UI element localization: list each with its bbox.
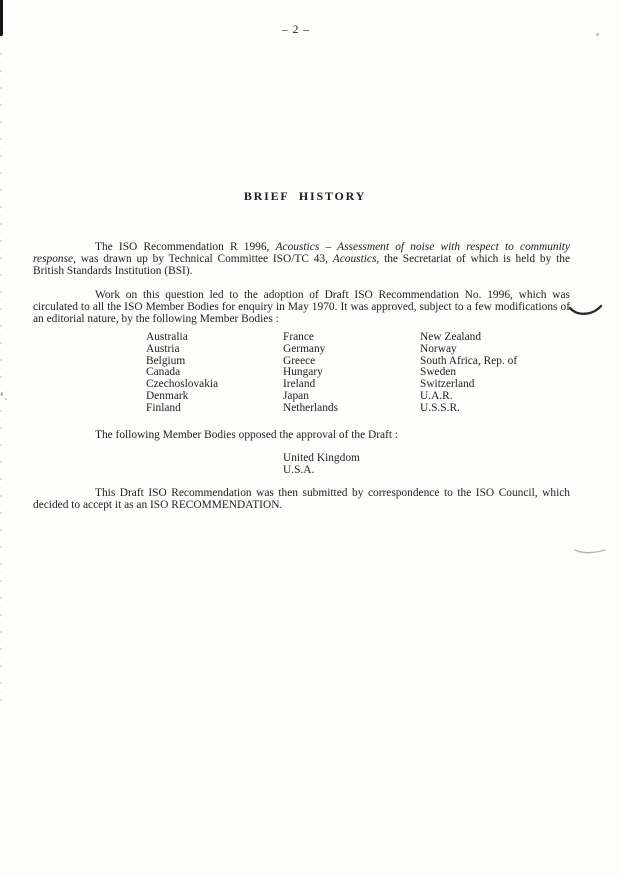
member-bodies-list: Australia Austria Belgium Canada Czechos… bbox=[0, 332, 620, 424]
member-body: Japan bbox=[283, 391, 338, 403]
member-bodies-column-3: New Zealand Norway South Africa, Rep. of… bbox=[420, 332, 517, 414]
text-run: was drawn up by Technical Committee ISO/… bbox=[76, 253, 333, 265]
member-body: Germany bbox=[283, 344, 338, 356]
scan-artifact-speck bbox=[596, 33, 599, 36]
member-body: Netherlands bbox=[283, 403, 338, 415]
member-body: Norway bbox=[420, 344, 517, 356]
paragraph-council-decision: This Draft ISO Recommendation was then s… bbox=[33, 487, 570, 511]
text-run-italic-committee: Acoustics, bbox=[333, 253, 380, 265]
member-body: France bbox=[283, 332, 338, 344]
member-body: New Zealand bbox=[420, 332, 517, 344]
paragraph-draft-adoption: Work on this question led to the adoptio… bbox=[33, 289, 570, 325]
member-bodies-column-1: Australia Austria Belgium Canada Czechos… bbox=[146, 332, 218, 414]
section-heading: BRIEF HISTORY bbox=[0, 189, 610, 204]
member-body: Australia bbox=[146, 332, 218, 344]
member-body: Ireland bbox=[283, 379, 338, 391]
opposed-body: United Kingdom bbox=[283, 453, 360, 465]
opposed-bodies-list: United Kingdom U.S.A. bbox=[283, 453, 360, 477]
member-body: U.S.S.R. bbox=[420, 403, 517, 415]
pen-mark-icon bbox=[568, 303, 604, 319]
member-body: Switzerland bbox=[420, 379, 517, 391]
paragraph-intro: The ISO Recommendation R 1996, Acoustics… bbox=[33, 241, 570, 277]
member-body: Finland bbox=[146, 403, 218, 415]
opposed-intro: The following Member Bodies opposed the … bbox=[95, 429, 398, 441]
member-body: Czechoslovakia bbox=[146, 379, 218, 391]
member-body: Denmark bbox=[146, 391, 218, 403]
text-run: The ISO Recommendation R 1996, bbox=[95, 241, 276, 253]
member-body: U.A.R. bbox=[420, 391, 517, 403]
opposed-body: U.S.A. bbox=[283, 465, 360, 477]
pen-mark-icon bbox=[573, 546, 607, 558]
member-bodies-column-2: France Germany Greece Hungary Ireland Ja… bbox=[283, 332, 338, 414]
member-body: Austria bbox=[146, 344, 218, 356]
document-page: – 2 – BRIEF HISTORY The ISO Recommendati… bbox=[0, 0, 620, 876]
page-number: – 2 – bbox=[0, 24, 592, 36]
